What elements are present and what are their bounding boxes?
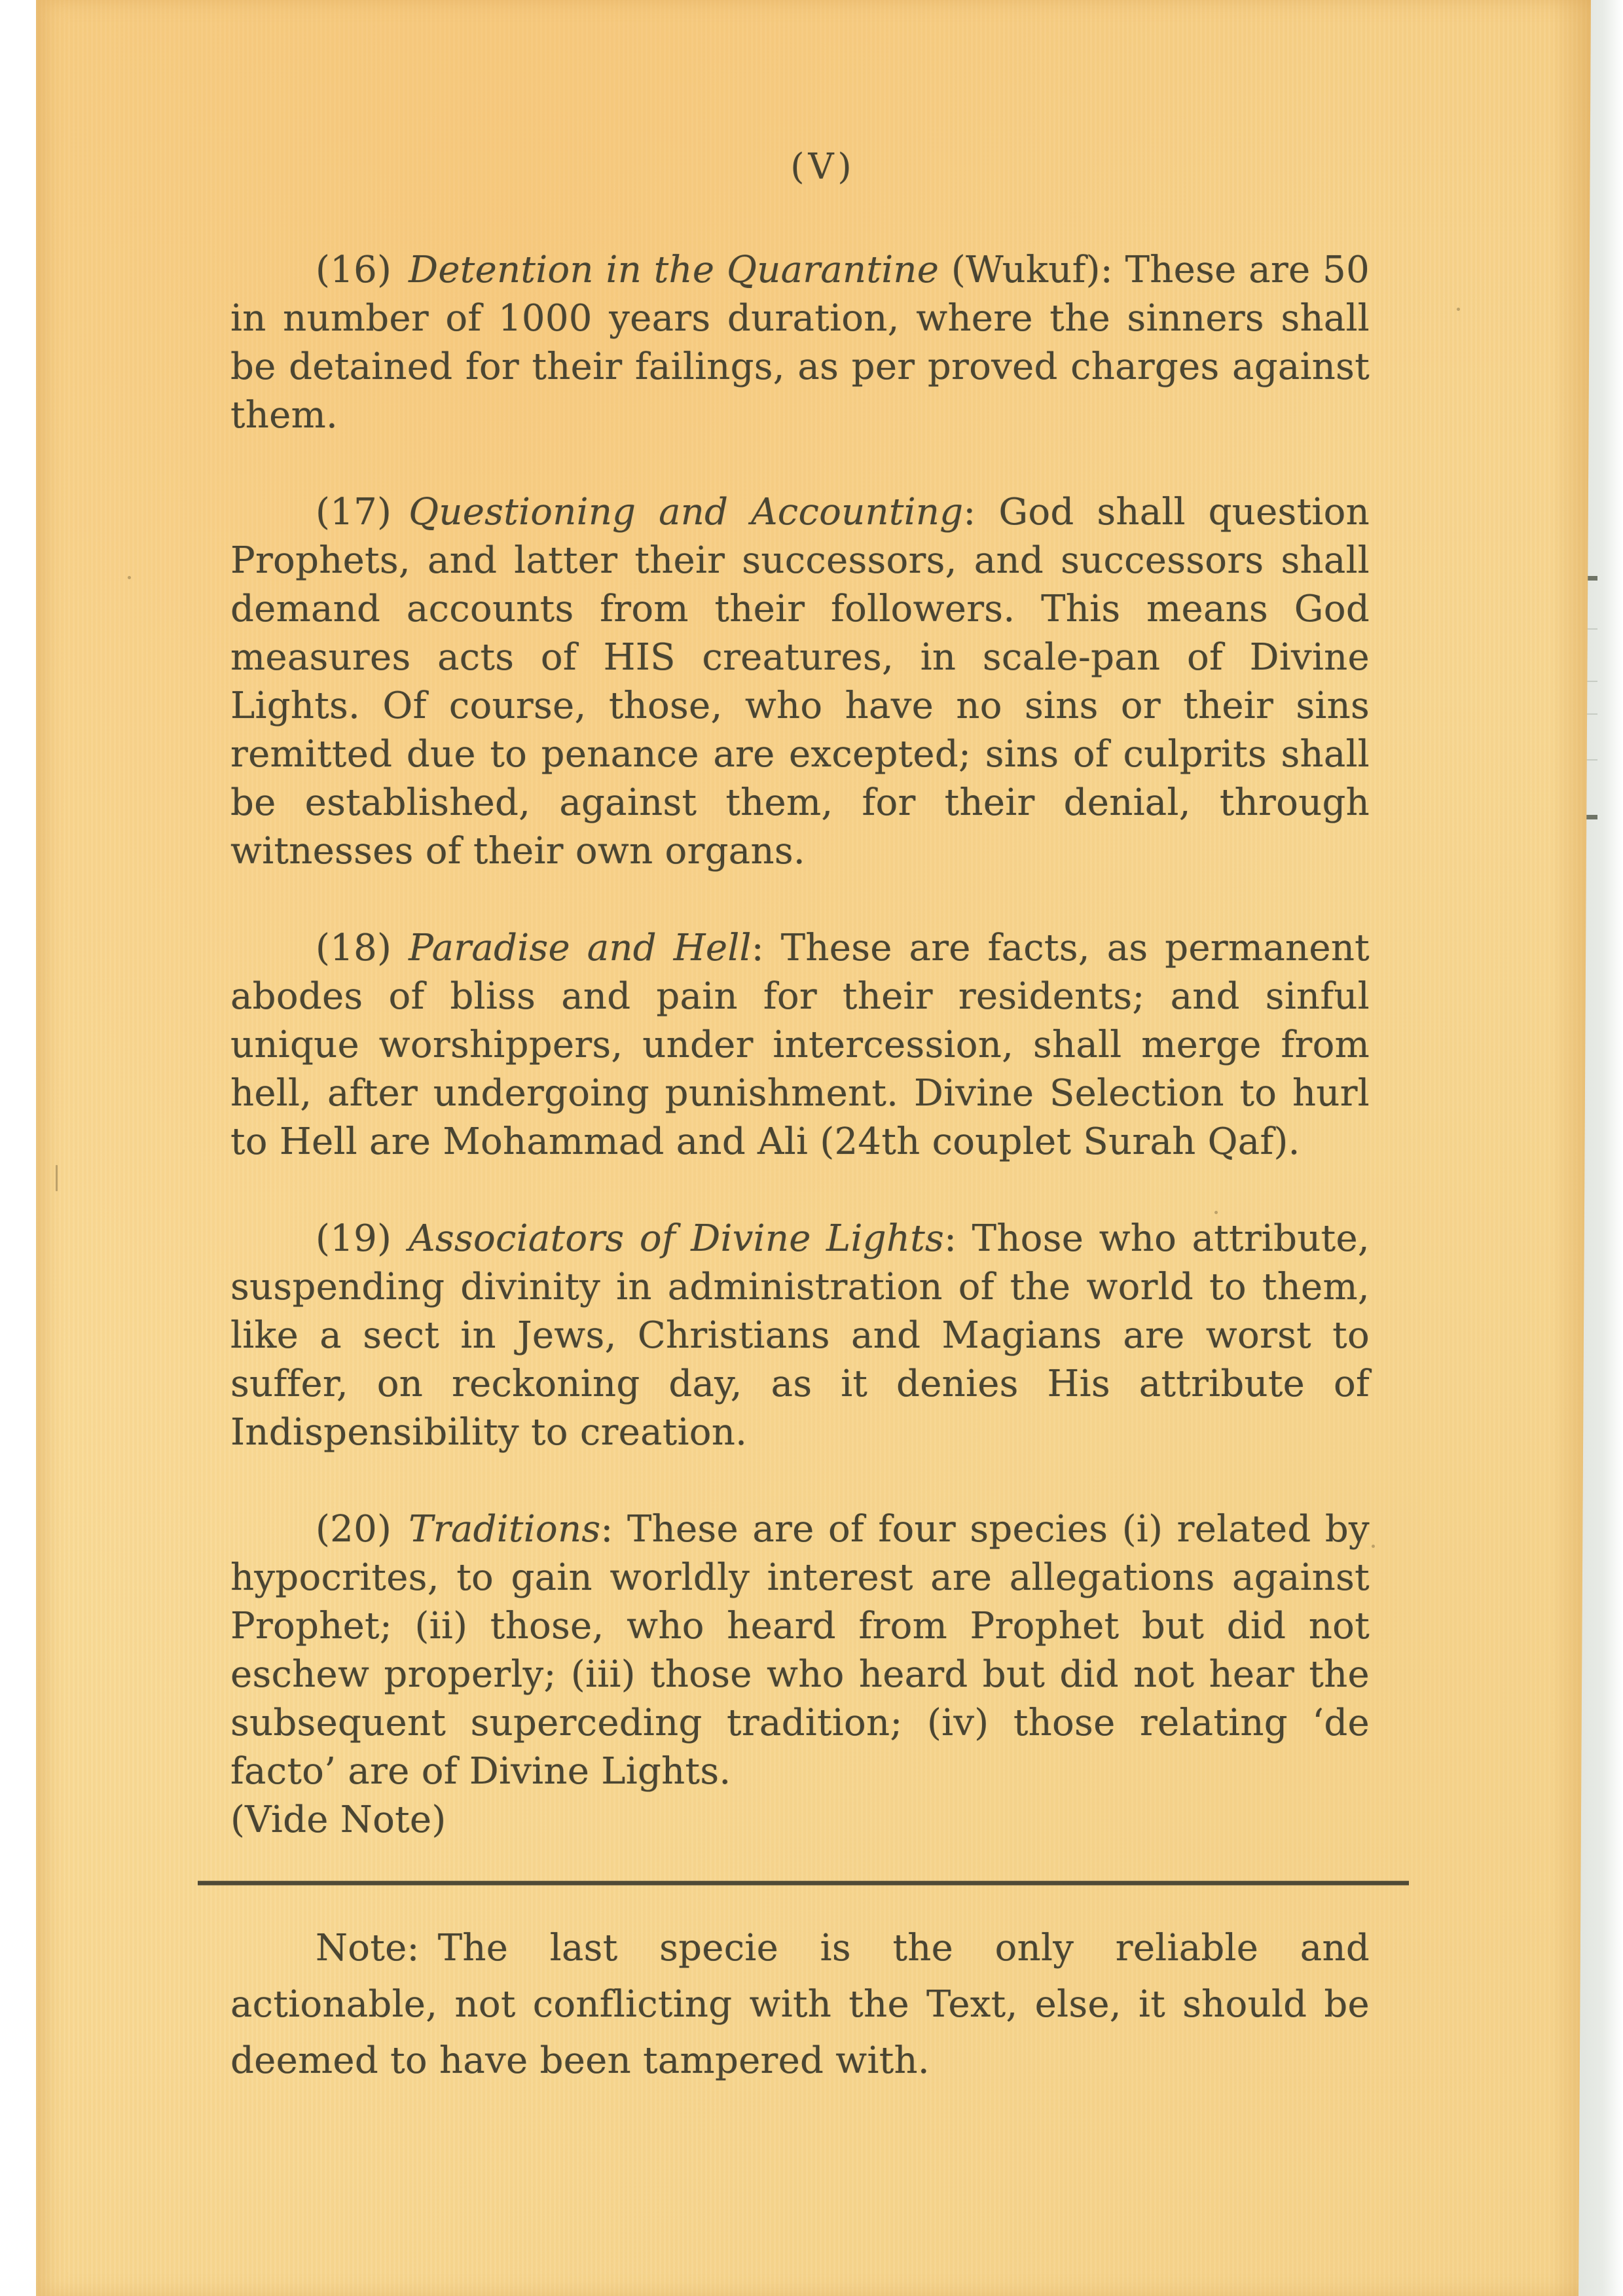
page-content: (V) (16)Detention in the Quarantine (Wuk… <box>230 143 1370 2126</box>
paragraph-heading: Associators of Divine Lights <box>409 1217 944 1260</box>
paragraph-number: (18) <box>316 927 392 969</box>
paragraph-body: : God shall question Prophets, and latte… <box>230 491 1370 872</box>
paragraph-17: (17)Questioning and Accounting: God shal… <box>230 488 1370 876</box>
paragraph-20: (20)Traditions: These are of four specie… <box>230 1505 1370 1796</box>
paragraph-number: (16) <box>316 249 392 291</box>
paper-speck <box>56 1165 58 1191</box>
paragraph-heading: Detention in the Quarantine <box>409 249 939 291</box>
paragraph-body: : These are of four species (i) related … <box>230 1508 1370 1793</box>
vide-note-reference: (Vide Note) <box>230 1796 1370 1844</box>
paragraph-body: : These are facts, as permanent abodes o… <box>230 927 1370 1163</box>
paragraph-heading: Traditions <box>409 1508 600 1551</box>
scanned-page: (V) (16)Detention in the Quarantine (Wuk… <box>36 0 1591 2296</box>
paragraph-heading: Questioning and Accounting <box>409 491 963 533</box>
paragraph-16: (16)Detention in the Quarantine (Wukuf):… <box>230 246 1370 440</box>
paper-speck <box>1372 1545 1375 1548</box>
paragraph-19: (19)Associators of Divine Lights: Those … <box>230 1215 1370 1457</box>
paragraph-number: (20) <box>316 1508 392 1551</box>
footnote-divider <box>198 1881 1409 1885</box>
paragraph-number: (19) <box>316 1217 392 1260</box>
paragraph-heading: Paradise and Hell <box>409 927 752 969</box>
paragraph-number: (17) <box>316 491 392 533</box>
paper-speck <box>1457 308 1460 311</box>
footnote: Note:The last specie is the only reliabl… <box>230 1920 1370 2089</box>
footnote-label: Note: <box>316 1927 420 1969</box>
page-number: (V) <box>230 143 1370 191</box>
paragraph-18: (18)Paradise and Hell: These are facts, … <box>230 924 1370 1166</box>
paper-speck <box>128 576 131 579</box>
